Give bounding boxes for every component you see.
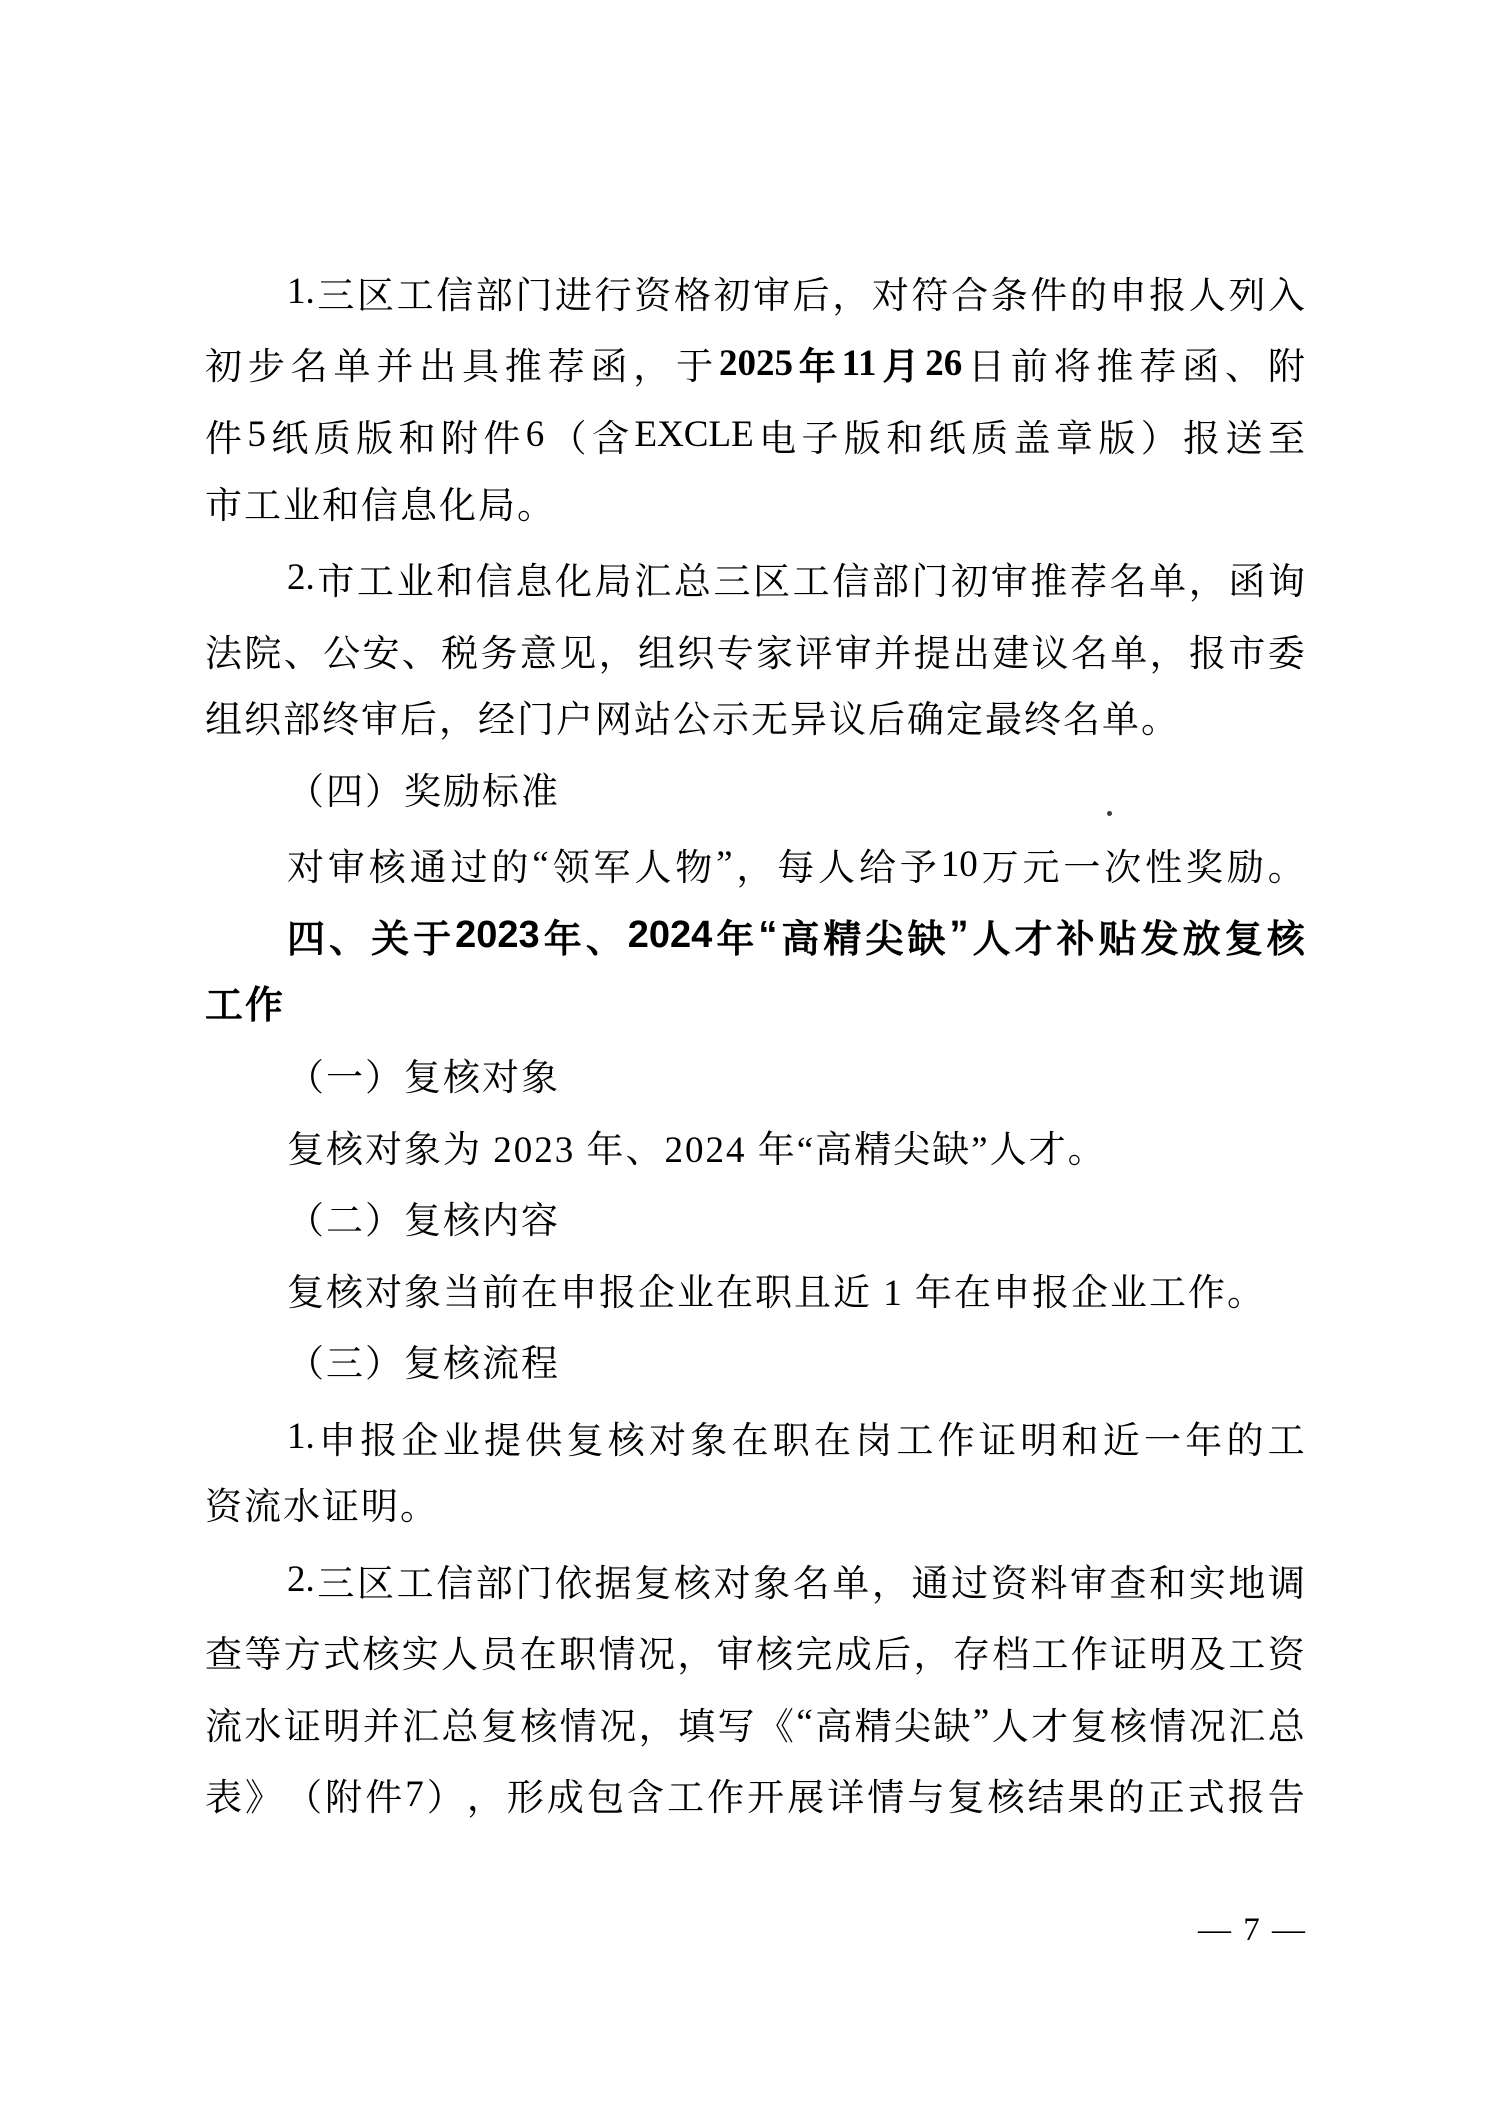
document-page: { "document": { "lines": [ { "text": "1.… — [0, 0, 1487, 2105]
section-heading-3-review-process: （三）复核流程 — [205, 1329, 1305, 1401]
paragraph-line-1: 1.三区工信部门进行资格初审后，对符合条件的申报人列入 — [205, 256, 1305, 328]
paragraph-line-7: 组织部终审后，经门户网站公示无异议后确定最终名单。 — [205, 685, 1305, 757]
paragraph-line-15: 复核对象当前在申报企业在职且近 1 年在申报企业工作。 — [205, 1258, 1305, 1330]
paragraph-line-9: 对审核通过的“领军人物”，每人给予10万元一次性奖励。 — [205, 828, 1305, 900]
paragraph-line-13: 复核对象为 2023 年、2024 年“高精尖缺”人才。 — [205, 1115, 1305, 1187]
paragraph-line-21: 流水证明并汇总复核情况，填写《“高精尖缺”人才复核情况汇总 — [205, 1687, 1305, 1759]
section-heading-4-reward-standard: （四）奖励标准 — [205, 757, 1305, 829]
chapter-heading-4-line-1: 四、关于2023年、2024年“高精尖缺”人才补贴发放复核 — [205, 900, 1305, 972]
page-number: — 7 — — [1198, 1908, 1307, 1952]
paragraph-line-3: 件5纸质版和附件6（含EXCLE电子版和纸质盖章版）报送至 — [205, 399, 1305, 471]
paragraph-line-5: 2.市工业和信息化局汇总三区工信部门初审推荐名单，函询 — [205, 542, 1305, 614]
section-heading-2-review-content: （二）复核内容 — [205, 1186, 1305, 1258]
scan-speckle-artifact — [1107, 811, 1112, 816]
paragraph-line-19: 2.三区工信部门依据复核对象名单，通过资料审查和实地调 — [205, 1544, 1305, 1616]
paragraph-line-18: 资流水证明。 — [205, 1472, 1305, 1544]
paragraph-line-17: 1.申报企业提供复核对象在职在岗工作证明和近一年的工 — [205, 1401, 1305, 1473]
paragraph-line-4: 市工业和信息化局。 — [205, 471, 1305, 543]
section-heading-1-review-target: （一）复核对象 — [205, 1043, 1305, 1115]
paragraph-line-22: 表》（附件7），形成包含工作开展详情与复核结果的正式报告 — [205, 1758, 1305, 1830]
paragraph-line-20: 查等方式核实人员在职情况，审核完成后，存档工作证明及工资 — [205, 1615, 1305, 1687]
paragraph-line-6: 法院、公安、税务意见，组织专家评审并提出建议名单，报市委 — [205, 614, 1305, 686]
paragraph-line-2: 初步名单并出具推荐函，于2025年11月26日前将推荐函、附 — [205, 328, 1305, 400]
document-body: 1.三区工信部门进行资格初审后，对符合条件的申报人列入 初步名单并出具推荐函，于… — [205, 256, 1305, 1830]
chapter-heading-4-line-2: 工作 — [205, 971, 1305, 1043]
